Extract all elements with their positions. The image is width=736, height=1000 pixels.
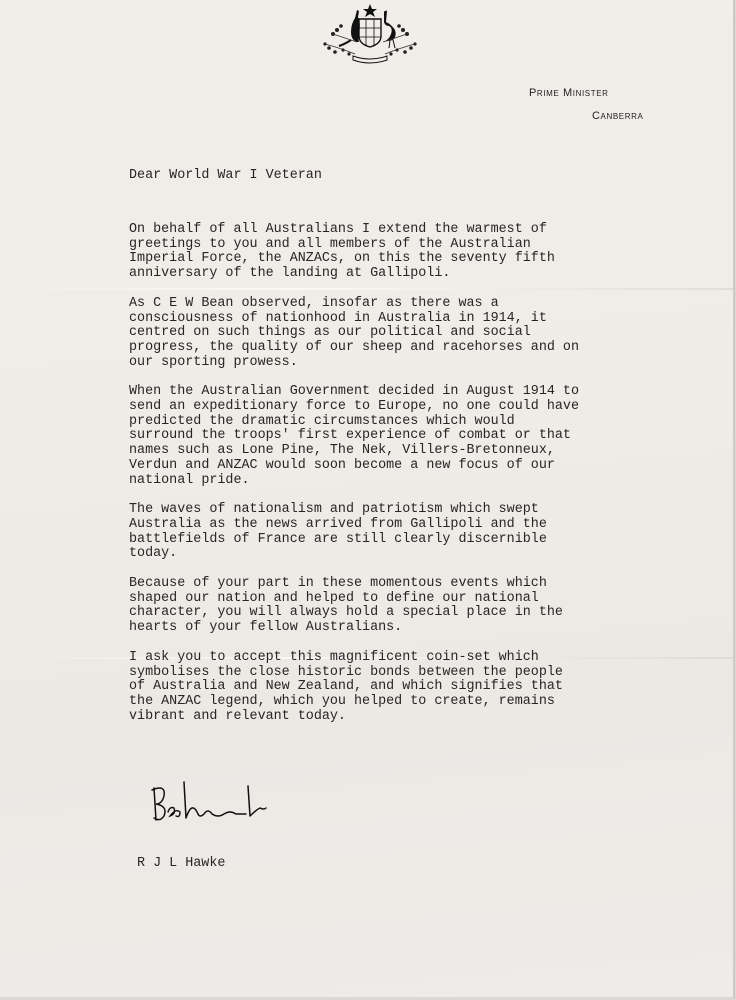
coat-of-arms-icon bbox=[315, 2, 425, 68]
paragraph-line: national pride. bbox=[129, 474, 729, 489]
paragraph-line: battlefields of France are still clearly… bbox=[129, 533, 729, 548]
letterhead-city: Canberra bbox=[592, 110, 643, 122]
paragraph-line: consciousness of nationhood in Australia… bbox=[129, 312, 729, 327]
paragraph-line: Australia as the news arrived from Galli… bbox=[129, 518, 729, 533]
paragraph-line: greetings to you and all members of the … bbox=[129, 238, 729, 253]
paragraph-line: The waves of nationalism and patriotism … bbox=[129, 503, 729, 518]
paragraph-line: send an expeditionary force to Europe, n… bbox=[129, 400, 729, 415]
paragraph-line: On behalf of all Australians I extend th… bbox=[129, 223, 729, 238]
paragraph-line: our sporting prowess. bbox=[129, 356, 729, 371]
paragraph-line: surround the troops' first experience of… bbox=[129, 429, 729, 444]
paragraph-line: I ask you to accept this magnificent coi… bbox=[129, 651, 729, 666]
signature-icon bbox=[148, 778, 278, 830]
letter-paragraph: The waves of nationalism and patriotism … bbox=[129, 503, 729, 562]
letter-paragraph: I ask you to accept this magnificent coi… bbox=[129, 651, 729, 725]
paragraph-line: predicted the dramatic circumstances whi… bbox=[129, 415, 729, 430]
letterhead-office: Prime Minister bbox=[529, 87, 609, 99]
letter-paragraph: On behalf of all Australians I extend th… bbox=[129, 223, 729, 282]
paragraph-line: the ANZAC legend, which you helped to cr… bbox=[129, 695, 729, 710]
letter-paragraph: As C E W Bean observed, insofar as there… bbox=[129, 297, 729, 371]
paragraph-line: centred on such things as our political … bbox=[129, 326, 729, 341]
letter-paragraph: Because of your part in these momentous … bbox=[129, 577, 729, 636]
signatory-name: R J L Hawke bbox=[137, 856, 225, 871]
paragraph-line: character, you will always hold a specia… bbox=[129, 606, 729, 621]
paragraph-line: As C E W Bean observed, insofar as there… bbox=[129, 297, 729, 312]
letter-paragraph: When the Australian Government decided i… bbox=[129, 385, 729, 488]
salutation: Dear World War I Veteran bbox=[129, 168, 322, 183]
paragraph-line: symbolises the close historic bonds betw… bbox=[129, 666, 729, 681]
paragraph-line: names such as Lone Pine, The Nek, Viller… bbox=[129, 444, 729, 459]
paragraph-line: anniversary of the landing at Gallipoli. bbox=[129, 267, 729, 282]
paragraph-line: Verdun and ANZAC would soon become a new… bbox=[129, 459, 729, 474]
letter-page: Prime Minister Canberra Dear World War I… bbox=[0, 0, 735, 999]
letter-body: On behalf of all Australians I extend th… bbox=[129, 223, 729, 739]
paragraph-line: vibrant and relevant today. bbox=[129, 710, 729, 725]
paragraph-line: of Australia and New Zealand, and which … bbox=[129, 680, 729, 695]
paragraph-line: Imperial Force, the ANZACs, on this the … bbox=[129, 252, 729, 267]
paragraph-line: Because of your part in these momentous … bbox=[129, 577, 729, 592]
paragraph-line: hearts of your fellow Australians. bbox=[129, 621, 729, 636]
paragraph-line: today. bbox=[129, 547, 729, 562]
paragraph-line: When the Australian Government decided i… bbox=[129, 385, 729, 400]
paragraph-line: shaped our nation and helped to define o… bbox=[129, 592, 729, 607]
paragraph-line: progress, the quality of our sheep and r… bbox=[129, 341, 729, 356]
